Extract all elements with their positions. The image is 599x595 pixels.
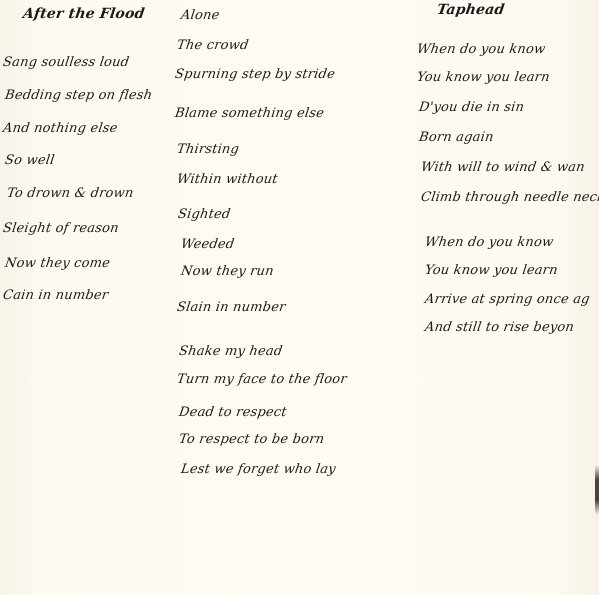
lyric-line: Thirsting (176, 142, 240, 157)
lyric-line: Dead to respect (178, 405, 288, 420)
lyric-line: Arrive at spring once ag (424, 292, 591, 307)
lyric-line: You know you learn (424, 263, 559, 278)
page-edge-shadow (595, 465, 599, 515)
lyric-line: Cain in number (2, 288, 109, 303)
lyric-line: Sleight of reason (2, 221, 120, 236)
lyric-sheet-page: After the Flood Sang soulless loud Beddi… (0, 0, 599, 595)
lyric-line: Bedding step on flesh (4, 88, 153, 103)
lyric-line: Turn my face to the floor (176, 372, 348, 387)
song-title-after-the-flood: After the Flood (22, 6, 146, 22)
lyric-line: Now they run (180, 264, 275, 279)
song-title-taphead: Taphead (436, 2, 506, 18)
lyric-line: Slain in number (176, 300, 287, 315)
lyric-line: D'you die in sin (418, 100, 525, 115)
lyric-line: Now they come (4, 256, 111, 271)
lyric-line: Born again (418, 130, 495, 145)
lyric-line: When do you know (424, 235, 554, 250)
lyric-line: So well (4, 153, 56, 168)
lyric-line: And nothing else (2, 121, 119, 136)
lyric-line: Spurning step by stride (174, 67, 336, 82)
lyric-line: To respect to be born (178, 432, 325, 447)
lyric-line: Blame something else (174, 106, 325, 121)
lyric-line: Shake my head (178, 344, 283, 359)
lyric-line: To drown & drown (6, 186, 134, 201)
lyric-line: Weeded (180, 237, 235, 252)
lyric-line: Climb through needle neck (420, 190, 599, 205)
lyric-line: When do you know (416, 42, 546, 57)
lyric-line: Sang soulless loud (2, 55, 130, 70)
lyric-line: Sighted (177, 207, 232, 222)
lyric-line: And still to rise beyon (424, 320, 575, 335)
lyric-line: Alone (180, 8, 221, 23)
lyric-line: With will to wind & wan (420, 160, 586, 175)
lyric-line: Lest we forget who lay (180, 462, 337, 477)
lyric-line: You know you learn (416, 70, 551, 85)
lyric-line: The crowd (176, 38, 250, 53)
lyric-line: Within without (176, 172, 279, 187)
